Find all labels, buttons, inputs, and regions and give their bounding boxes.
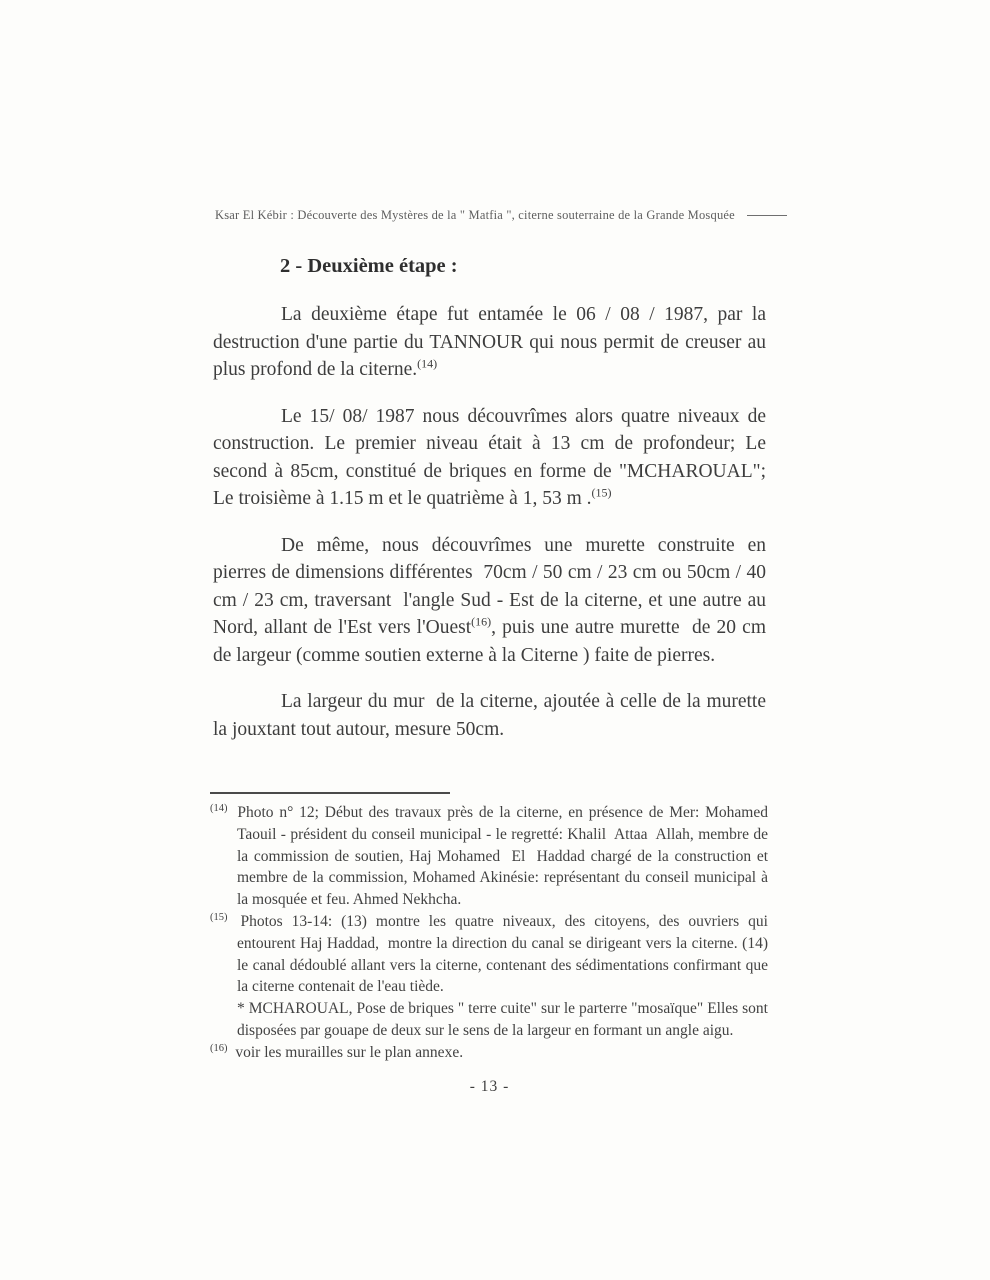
footnotes: (14) Photo n° 12; Début des travaux près… <box>210 802 768 1064</box>
footnote-marker: (14) <box>210 803 232 814</box>
footnote-text: Photos 13-14: (13) montre les quatre niv… <box>232 913 772 995</box>
section-heading: 2 - Deuxième étape : <box>280 254 766 278</box>
header-rule-right <box>747 214 787 216</box>
footnote-reference: (15) <box>592 486 612 500</box>
footnote-marker: (15) <box>210 912 232 923</box>
footnote: (16) voir les murailles sur le plan anne… <box>210 1042 768 1064</box>
footnote-text: Photo n° 12; Début des travaux près de l… <box>232 804 772 908</box>
footnote-marker: (16) <box>210 1043 232 1054</box>
footnote-reference: (16) <box>471 615 491 629</box>
body-text: La deuxième étape fut entamée le 06 / 08… <box>213 301 766 743</box>
footnote-reference: (14) <box>417 357 437 371</box>
body-paragraph: Le 15/ 08/ 1987 nous découvrîmes alors q… <box>213 403 766 513</box>
body-paragraph: La largeur du mur de la citerne, ajoutée… <box>213 688 766 743</box>
footnote-note: * MCHAROUAL, Pose de briques " terre cui… <box>237 998 768 1042</box>
page-number: - 13 - <box>213 1078 766 1096</box>
footnote-separator <box>210 792 450 794</box>
footnote: (15) Photos 13-14: (13) montre les quatr… <box>210 911 768 1042</box>
page-content: Ksar El Kébir : Découverte des Mystères … <box>213 207 766 1096</box>
footnote: (14) Photo n° 12; Début des travaux près… <box>210 802 768 911</box>
document-page: Ksar El Kébir : Découverte des Mystères … <box>0 0 990 1280</box>
paragraph-text: Le 15/ 08/ 1987 nous découvrîmes alors q… <box>213 406 771 510</box>
body-paragraph: De même, nous découvrîmes une murette co… <box>213 532 766 670</box>
body-paragraph: La deuxième étape fut entamée le 06 / 08… <box>213 301 766 384</box>
footnote-text: voir les murailles sur le plan annexe. <box>232 1044 464 1061</box>
paragraph-text: La deuxième étape fut entamée le 06 / 08… <box>213 304 771 380</box>
running-header: Ksar El Kébir : Découverte des Mystères … <box>213 207 766 223</box>
paragraph-text: La largeur du mur de la citerne, ajoutée… <box>213 691 771 740</box>
running-header-text: Ksar El Kébir : Découverte des Mystères … <box>215 207 735 223</box>
